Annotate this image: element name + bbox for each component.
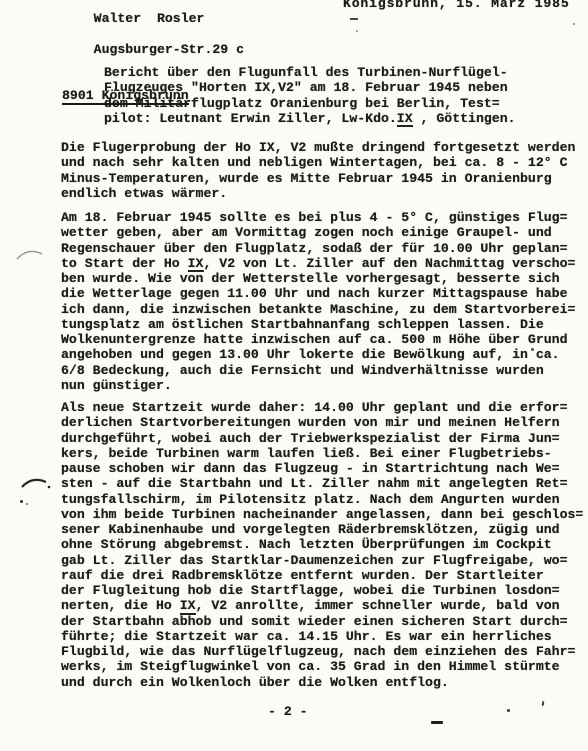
- paragraph-2: Am 18. Februar 1945 sollte es bei plus 4…: [61, 210, 575, 393]
- ix-underline-mark-paragraph3: [180, 613, 196, 615]
- scan-speck: [26, 503, 28, 505]
- scan-speck: [531, 348, 534, 351]
- subject-block: Bericht über den Flugunfall des Turbinen…: [104, 65, 516, 126]
- stray-dash-mark-top: [350, 18, 358, 20]
- ix-underline-mark-subject: [397, 125, 413, 127]
- scan-speck: [356, 30, 358, 32]
- typewritten-letter-page: Walter Rosler Augsburger-Str.29 c 8901 K…: [0, 0, 588, 751]
- sender-name: Walter Rosler: [94, 11, 205, 26]
- ix-underline-mark-paragraph2: [188, 270, 204, 272]
- dateline: Königsbrunn, 15. März 1985: [343, 0, 570, 11]
- sender-street: Augsburger-Str.29 c: [94, 42, 244, 57]
- stray-tick-mark: [542, 701, 545, 706]
- paragraph-3: Als neue Startzeit wurde daher: 14.00 Uh…: [61, 400, 583, 690]
- stray-dash-mark-bottom: [431, 721, 443, 724]
- scan-speck: [573, 23, 575, 25]
- scan-speck: [507, 709, 510, 712]
- scan-speck: [20, 500, 23, 503]
- page-number: - 2 -: [268, 704, 308, 719]
- pencil-arc-mark-dark: [19, 473, 53, 493]
- paragraph-1: Die Flugerprobung der Ho IX, V2 mußte dr…: [61, 140, 575, 201]
- pencil-arc-mark-light: [15, 245, 45, 263]
